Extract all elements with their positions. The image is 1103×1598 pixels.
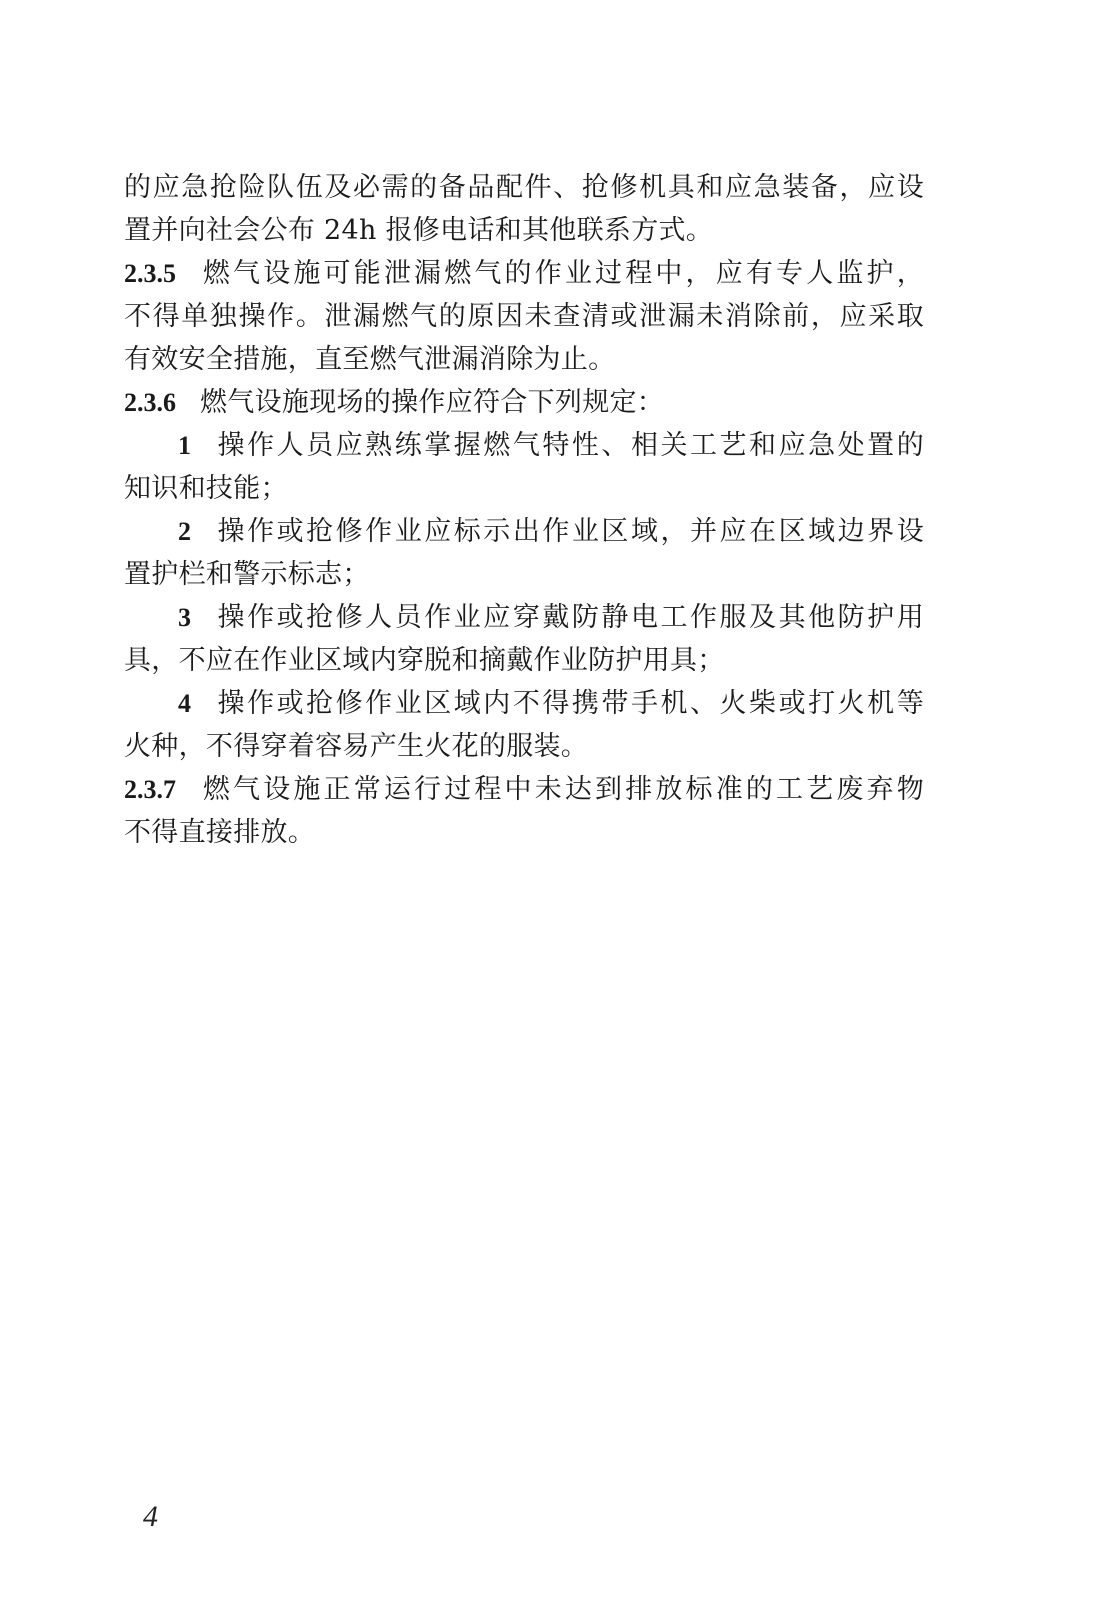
item-text: 操作或抢修人员作业应穿戴防静电工作服及其他防护用 (215, 602, 924, 633)
list-item-2-line-2: 置护栏和警示标志； (124, 553, 924, 596)
clause-number: 2.3.6 (124, 388, 176, 417)
list-item-1-line-2: 知识和技能； (124, 467, 924, 510)
clause-2-3-5-line-2: 不得单独操作。泄漏燃气的原因未查清或泄漏未消除前，应采取 (124, 295, 924, 338)
clause-number: 2.3.7 (124, 775, 176, 804)
clause-2-3-6-line-1: 2.3.6燃气设施现场的操作应符合下列规定： (124, 381, 924, 424)
list-item-4-line-2: 火种，不得穿着容易产生火花的服装。 (124, 725, 924, 768)
item-number: 3 (178, 603, 191, 632)
list-item-3-line-1: 3操作或抢修人员作业应穿戴防静电工作服及其他防护用 (124, 596, 924, 639)
continuation-line-1: 的应急抢险队伍及必需的备品配件、抢修机具和应急装备，应设 (124, 166, 924, 209)
item-text: 操作人员应熟练掌握燃气特性、相关工艺和应急处置的 (215, 430, 924, 461)
continuation-line-2: 置并向社会公布 24h 报修电话和其他联系方式。 (124, 209, 924, 252)
clause-number: 2.3.5 (124, 259, 176, 288)
clause-2-3-7-line-1: 2.3.7燃气设施正常运行过程中未达到排放标准的工艺废弃物 (124, 768, 924, 811)
page-body: 的应急抢险队伍及必需的备品配件、抢修机具和应急装备，应设 置并向社会公布 24h… (124, 166, 924, 854)
list-item-3-line-2: 具，不应在作业区域内穿脱和摘戴作业防护用具； (124, 639, 924, 682)
list-item-4-line-1: 4操作或抢修作业区域内不得携带手机、火柴或打火机等 (124, 682, 924, 725)
list-item-2-line-1: 2操作或抢修作业应标示出作业区域，并应在区域边界设 (124, 510, 924, 553)
clause-text: 燃气设施正常运行过程中未达到排放标准的工艺废弃物 (200, 774, 924, 805)
item-number: 1 (178, 431, 191, 460)
item-number: 2 (178, 517, 191, 546)
clause-2-3-7-line-2: 不得直接排放。 (124, 811, 924, 854)
item-number: 4 (178, 689, 191, 718)
item-text: 操作或抢修作业区域内不得携带手机、火柴或打火机等 (215, 688, 924, 719)
list-item-1-line-1: 1操作人员应熟练掌握燃气特性、相关工艺和应急处置的 (124, 424, 924, 467)
clause-text: 燃气设施可能泄漏燃气的作业过程中，应有专人监护， (200, 258, 924, 289)
item-text: 操作或抢修作业应标示出作业区域，并应在区域边界设 (215, 516, 924, 547)
clause-text: 燃气设施现场的操作应符合下列规定： (200, 387, 664, 418)
clause-2-3-5-line-3: 有效安全措施，直至燃气泄漏消除为止。 (124, 338, 924, 381)
clause-2-3-5-line-1: 2.3.5燃气设施可能泄漏燃气的作业过程中，应有专人监护， (124, 252, 924, 295)
page-number: 4 (143, 1500, 158, 1534)
